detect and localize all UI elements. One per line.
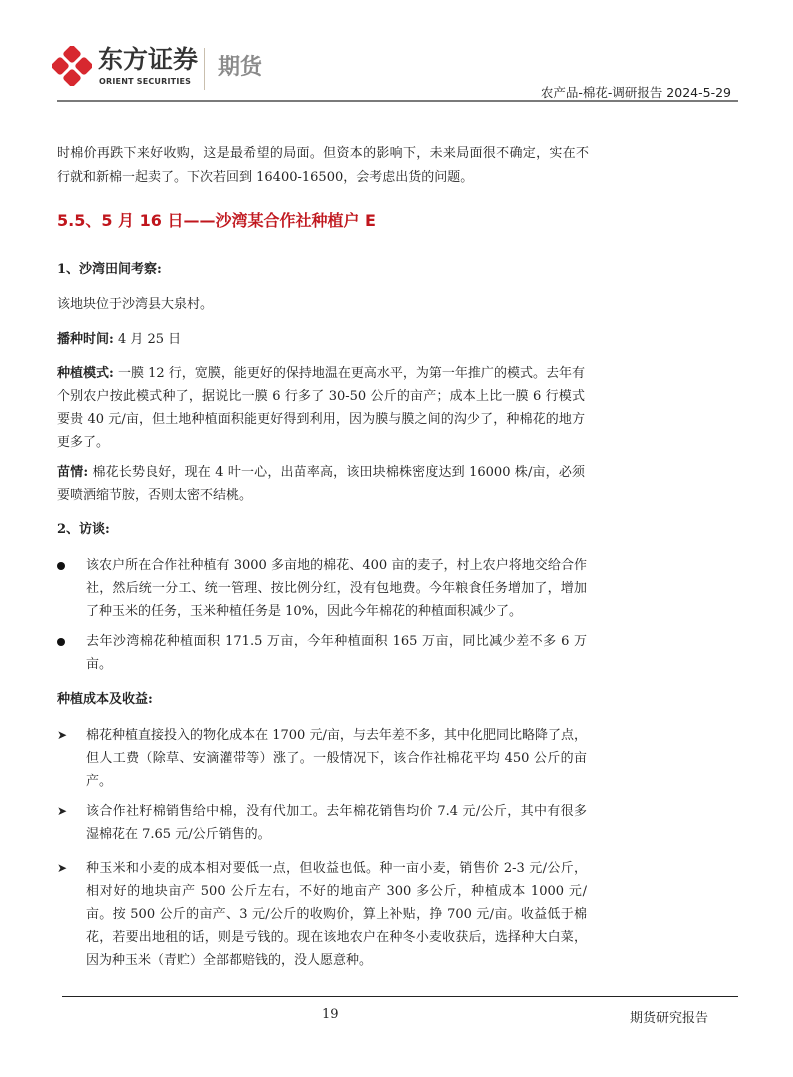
- bullet-icon: [57, 554, 77, 578]
- seedling-value: 棉花长势良好，现在 4 叶一心，出苗率高，该田块棉株密度达到 16000 株/亩…: [57, 465, 585, 503]
- list-item-text: 该农户所在合作社种植有 3000 多亩地的棉花、400 亩的麦子，村上农户将地交…: [86, 554, 587, 623]
- sowing-value: 4 月 25 日: [114, 332, 181, 347]
- list-item: 去年沙湾棉花种植面积 171.5 万亩，今年种植面积 165 万亩，同比减少差不…: [57, 630, 587, 676]
- report-title: 农产品-棉花-调研报告 2024-5-29: [541, 83, 731, 101]
- arrow-bullet-icon: ➤: [57, 800, 77, 823]
- planting-mode-paragraph: 种植模式: 一膜 12 行，宽膜，能更好的保持地温在更高水平，为第一年推广的模式…: [57, 362, 585, 454]
- brand-name-en: ORIENT SECURITIES: [99, 77, 191, 86]
- seedling-label: 苗情:: [57, 465, 88, 480]
- header-divider: [57, 100, 738, 102]
- seedling-paragraph: 苗情: 棉花长势良好，现在 4 叶一心，出苗率高，该田块棉株密度达到 16000…: [57, 461, 585, 507]
- cost-heading-block: 种植成本及收益:: [57, 688, 582, 711]
- list-item: ➤ 棉花种植直接投入的物化成本在 1700 元/亩，与去年差不多，其中化肥同比略…: [57, 724, 587, 793]
- field-survey-heading: 1、沙湾田间考察:: [57, 262, 162, 277]
- intro-paragraph: 时棉价再跌下来好收购，这是最希望的局面。但资本的影响下，未来局面很不确定，实在不…: [57, 142, 589, 190]
- page-header: 东方证券 ORIENT SECURITIES 期货 农产品-棉花-调研报告 20…: [0, 0, 793, 110]
- list-item-text: 该合作社籽棉销售给中棉，没有代加工。去年棉花销售均价 7.4 元/公斤，其中有很…: [86, 800, 587, 846]
- intro-text: 时棉价再跌下来好收购，这是最希望的局面。但资本的影响下，未来局面很不确定，实在不…: [57, 142, 589, 190]
- field-survey-heading-block: 1、沙湾田间考察:: [57, 258, 582, 281]
- location-text: 该地块位于沙湾县大泉村。: [57, 297, 213, 312]
- brand-divider: [204, 48, 205, 90]
- interview-heading-block: 2、访谈:: [57, 518, 582, 541]
- planting-mode-value: 一膜 12 行，宽膜，能更好的保持地温在更高水平，为第一年推广的模式。去年有个别…: [57, 366, 585, 450]
- list-item-text: 去年沙湾棉花种植面积 171.5 万亩，今年种植面积 165 万亩，同比减少差不…: [86, 630, 587, 676]
- cost-heading: 种植成本及收益:: [57, 692, 153, 707]
- planting-mode-label: 种植模式:: [57, 366, 114, 381]
- sowing-paragraph: 播种时间: 4 月 25 日: [57, 328, 582, 351]
- bullet-icon: [57, 630, 77, 654]
- sowing-label: 播种时间:: [57, 332, 114, 347]
- location-paragraph: 该地块位于沙湾县大泉村。: [57, 293, 582, 316]
- list-item: ➤ 该合作社籽棉销售给中棉，没有代加工。去年棉花销售均价 7.4 元/公斤，其中…: [57, 800, 587, 846]
- list-item: 该农户所在合作社种植有 3000 多亩地的棉花、400 亩的麦子，村上农户将地交…: [57, 554, 587, 623]
- interview-heading: 2、访谈:: [57, 522, 110, 537]
- footer-label: 期货研究报告: [630, 1007, 708, 1026]
- list-item: ➤ 种玉米和小麦的成本相对要低一点，但收益也低。种一亩小麦，销售价 2-3 元/…: [57, 857, 587, 972]
- list-item-text: 种玉米和小麦的成本相对要低一点，但收益也低。种一亩小麦，销售价 2-3 元/公斤…: [86, 857, 587, 972]
- footer-divider: [62, 996, 738, 997]
- brand-name-cn: 东方证券: [98, 46, 198, 74]
- list-item-text: 棉花种植直接投入的物化成本在 1700 元/亩，与去年差不多，其中化肥同比略降了…: [86, 724, 587, 793]
- section-title: 5.5、5 月 16 日——沙湾某合作社种植户 E: [57, 208, 376, 231]
- brand-futures-label: 期货: [218, 50, 262, 81]
- page-number: 19: [322, 1007, 339, 1022]
- arrow-bullet-icon: ➤: [57, 857, 77, 880]
- orient-securities-logo-icon: [52, 46, 92, 86]
- arrow-bullet-icon: ➤: [57, 724, 77, 747]
